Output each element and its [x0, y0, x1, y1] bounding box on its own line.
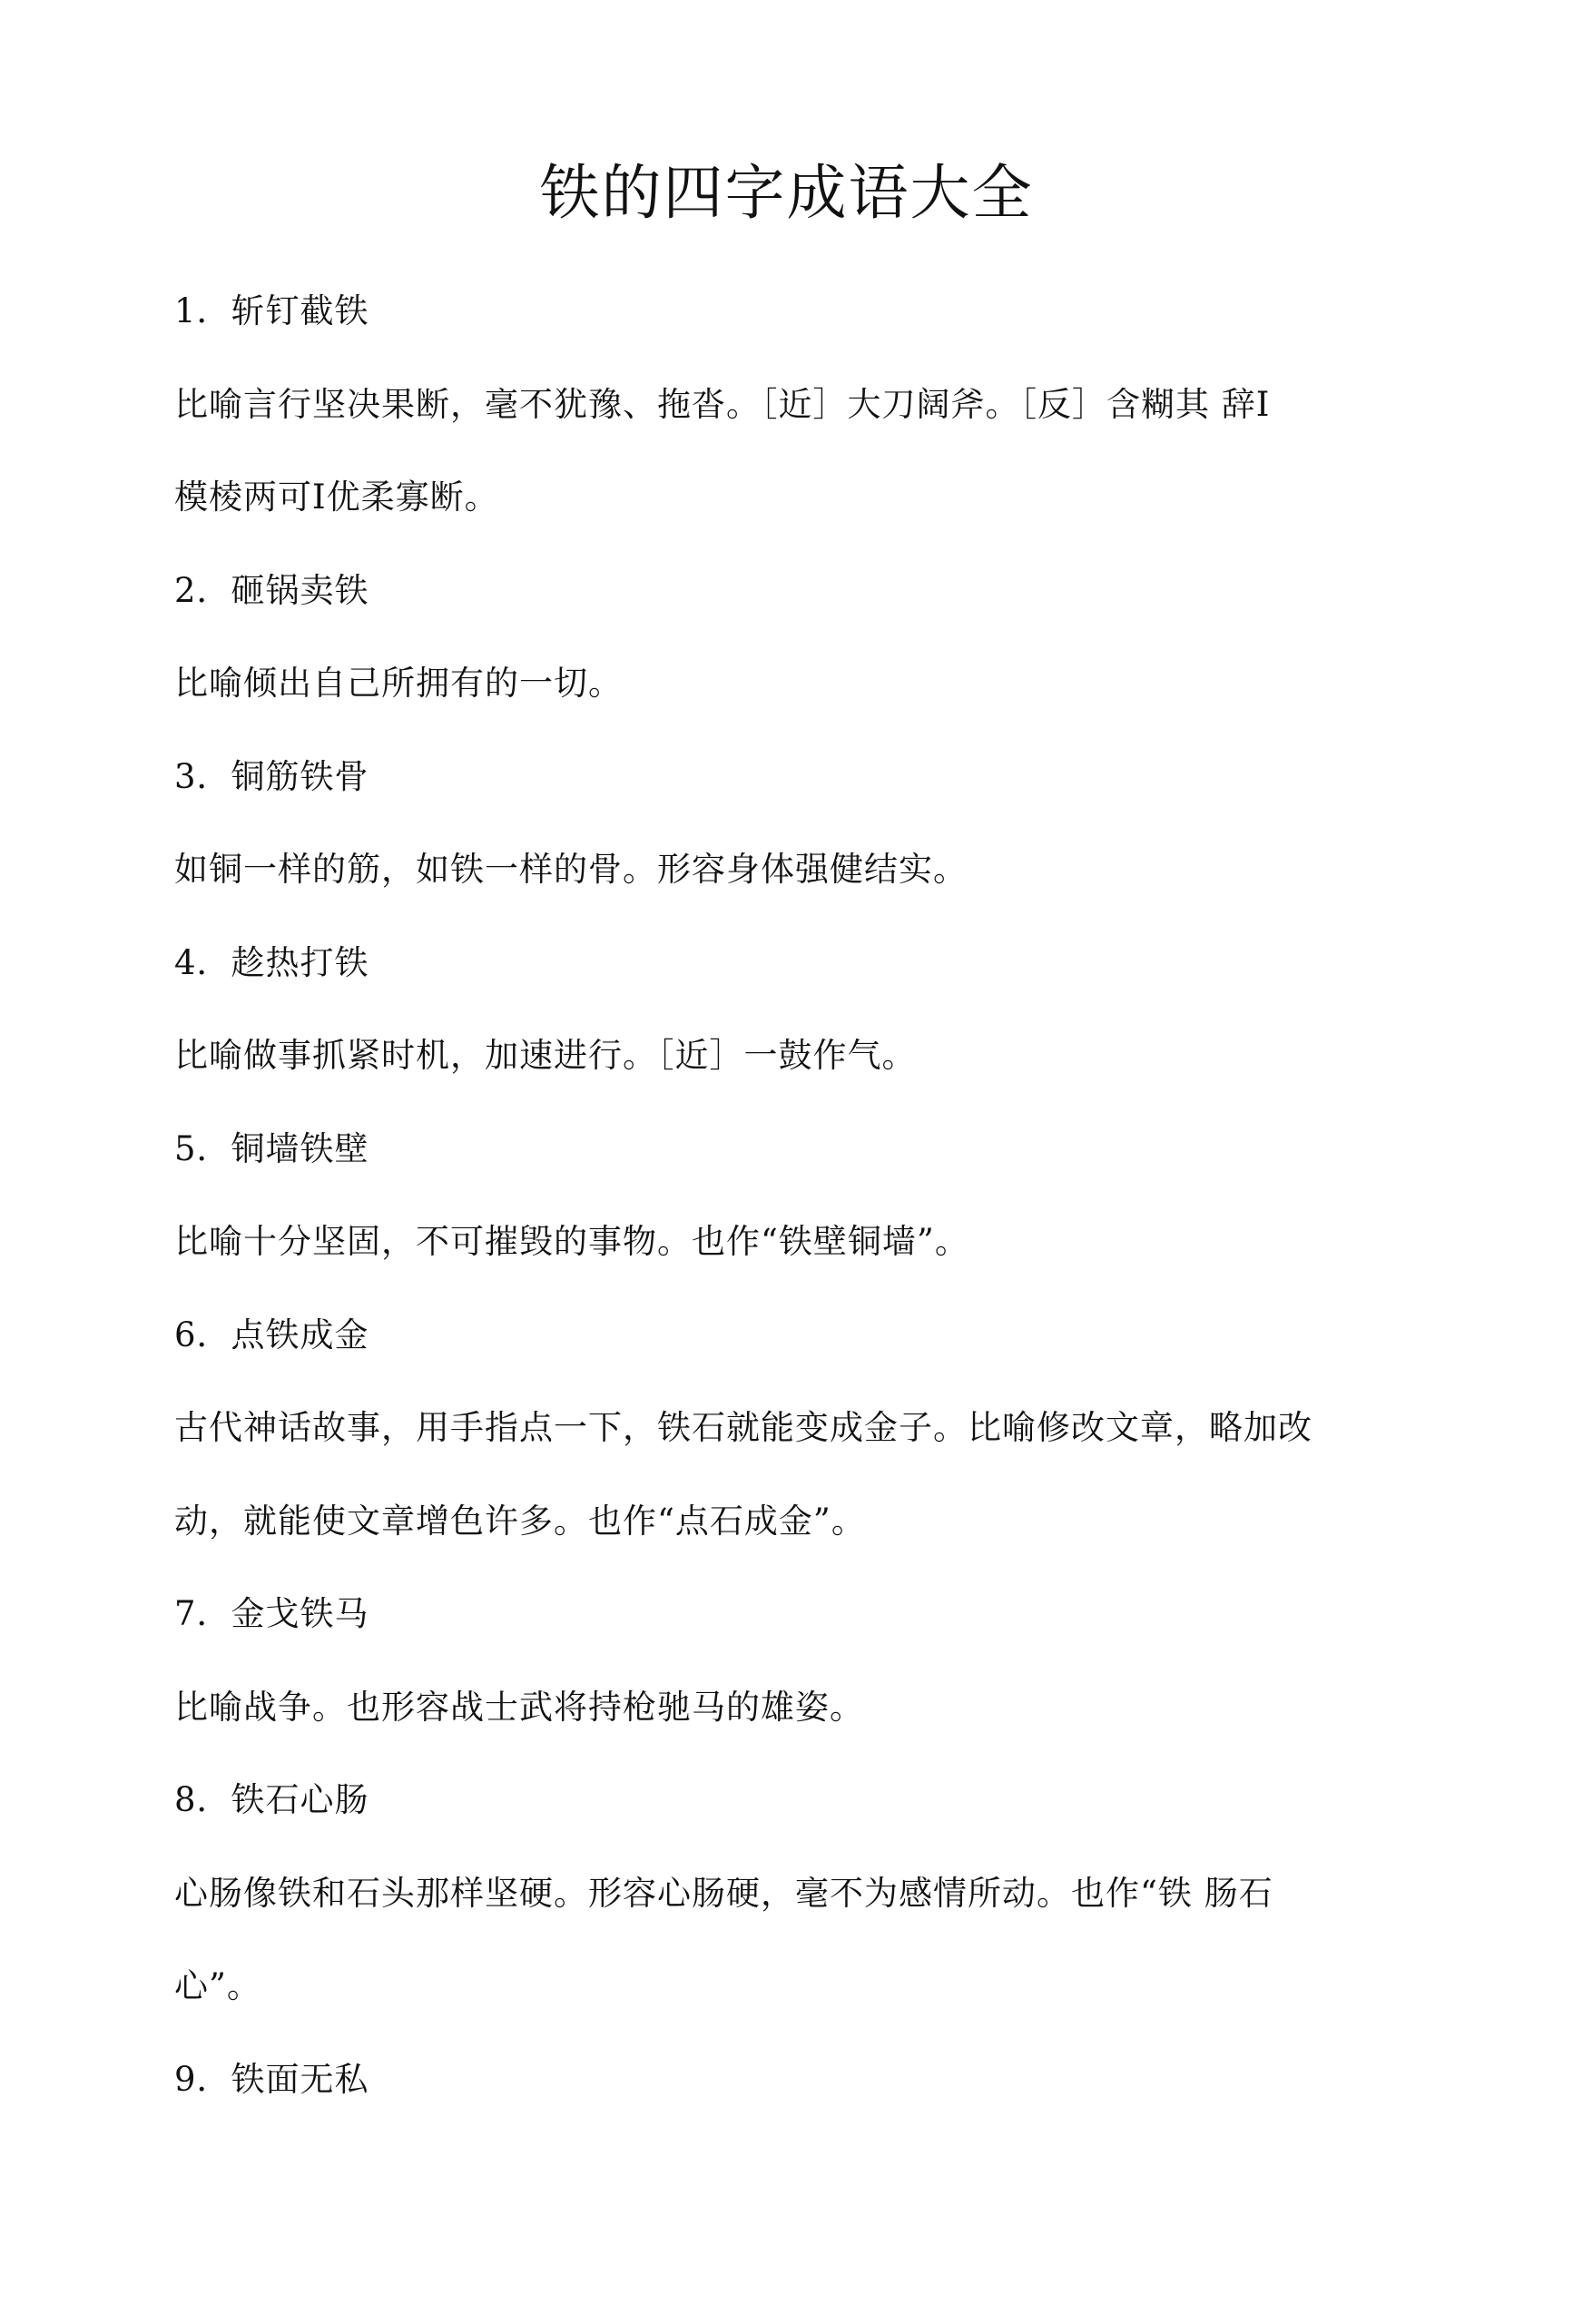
- idiom-heading-2: 2．砸锅卖铁: [174, 545, 1427, 638]
- idiom-heading-4: 4．趁热打铁: [174, 917, 1427, 1010]
- idiom-heading-7: 7．金戈铁马: [174, 1568, 1427, 1661]
- idiom-heading-8: 8．铁石心肠: [174, 1754, 1427, 1847]
- idiom-definition-5: 比喻十分坚固，不可摧毁的事物。也作“铁壁铜墙”。: [174, 1196, 1427, 1289]
- idiom-definition-4: 比喻做事抓紧时机，加速进行。［近］一鼓作气。: [174, 1009, 1427, 1103]
- page-title: 铁的四字成语大全: [0, 153, 1573, 234]
- idiom-definition-6-cont: 动，就能使文章增色许多。也作“点石成金”。: [174, 1475, 1427, 1569]
- idiom-heading-9: 9．铁面无私: [174, 2033, 1427, 2127]
- idiom-heading-3: 3．铜筋铁骨: [174, 731, 1427, 824]
- idiom-definition-2: 比喻倾出自己所拥有的一切。: [174, 637, 1427, 731]
- document-body: 1．斩钉截铁 比喻言行坚决果断，毫不犹豫、拖沓。［近］大刀阔斧。［反］含糊其 辞…: [174, 265, 1427, 2126]
- idiom-definition-8: 心肠像铁和石头那样坚硬。形容心肠硬，毫不为感情所动。也作“铁 肠石: [174, 1847, 1427, 1941]
- idiom-definition-1-cont: 模棱两可I优柔寡断。: [174, 451, 1427, 545]
- idiom-definition-7: 比喻战争。也形容战士武将持枪驰马的雄姿。: [174, 1661, 1427, 1755]
- idiom-heading-6: 6．点铁成金: [174, 1289, 1427, 1383]
- idiom-definition-1: 比喻言行坚决果断，毫不犹豫、拖沓。［近］大刀阔斧。［反］含糊其 辞I: [174, 359, 1427, 452]
- document-page: 铁的四字成语大全 1．斩钉截铁 比喻言行坚决果断，毫不犹豫、拖沓。［近］大刀阔斧…: [0, 0, 1573, 2324]
- idiom-heading-5: 5．铜墙铁壁: [174, 1103, 1427, 1196]
- idiom-definition-6: 古代神话故事，用手指点一下，铁石就能变成金子。比喻修改文章，略加改: [174, 1382, 1427, 1475]
- idiom-definition-8-cont: 心”。: [174, 1940, 1427, 2033]
- idiom-definition-3: 如铜一样的筋，如铁一样的骨。形容身体强健结实。: [174, 823, 1427, 917]
- idiom-heading-1: 1．斩钉截铁: [174, 265, 1427, 359]
